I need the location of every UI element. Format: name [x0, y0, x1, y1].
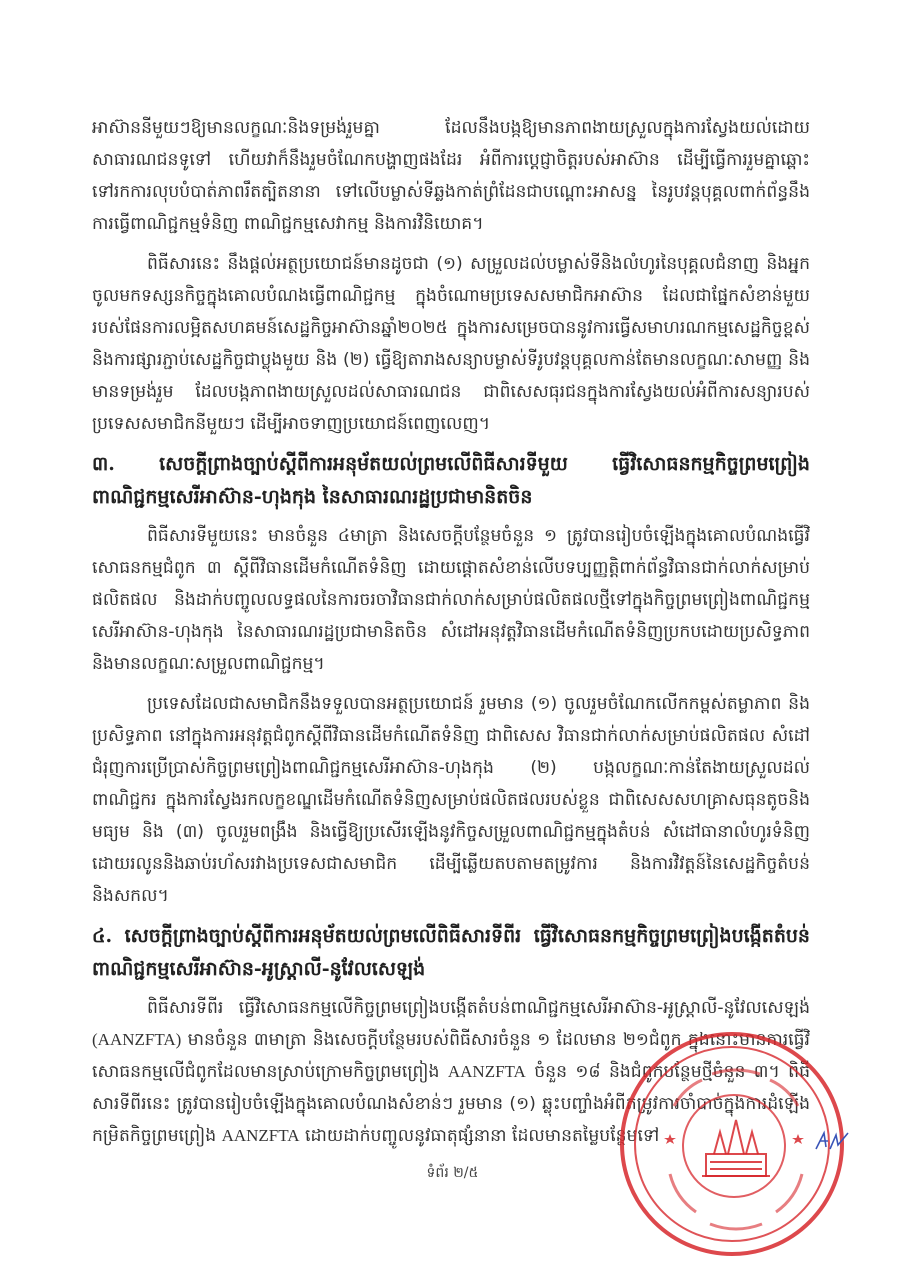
section-4-heading: ៤. សេចក្តីព្រាងច្បាប់ស្តីពីការអនុម័តយល់ព…	[92, 920, 810, 986]
paragraph-intro-2: ពិធីសារនេះ នឹងផ្តល់អត្ថប្រយោជន៍មានដូចជា …	[92, 248, 810, 440]
text-run: ដោយដាក់បញ្ចូលនូវធាតុផ្សំនានា ដែលមានតម្លៃ…	[300, 1126, 660, 1146]
section-3-paragraph-2: ប្រទេសដែលជាសមាជិកនឹងទទួលបានអត្ថប្រយោជន៍ …	[92, 688, 810, 912]
page-number: ទំព័រ ២/៥	[0, 1163, 905, 1184]
acronym-aanzfta: (AANZFTA)	[92, 1030, 181, 1049]
acronym-aanzfta: AANZFTA	[448, 1062, 526, 1081]
text-run: ពិធីសារទីពីរ ធ្វើវិសោធនកម្មលើកិច្ចព្រមព្…	[147, 998, 810, 1018]
paragraph-intro-1: អាស៊ាននីមួយៗឱ្យមានលក្ខណៈនិងទម្រង់រួមគ្នា…	[92, 112, 810, 240]
acronym-aanzfta: AANZFTA	[222, 1126, 300, 1145]
section-4-paragraph-1: ពិធីសារទីពីរ ធ្វើវិសោធនកម្មលើកិច្ចព្រមព្…	[92, 992, 810, 1152]
section-3-heading: ៣. សេចក្តីព្រាងច្បាប់ស្តីពីការអនុម័តយល់ព…	[92, 448, 810, 514]
signature-mark	[812, 1127, 852, 1157]
document-page: អាស៊ាននីមួយៗឱ្យមានលក្ខណៈនិងទម្រង់រួមគ្នា…	[92, 112, 810, 1160]
section-3-paragraph-1: ពិធីសារទីមួយនេះ មានចំនួន ៤មាត្រា និងសេចក…	[92, 520, 810, 680]
